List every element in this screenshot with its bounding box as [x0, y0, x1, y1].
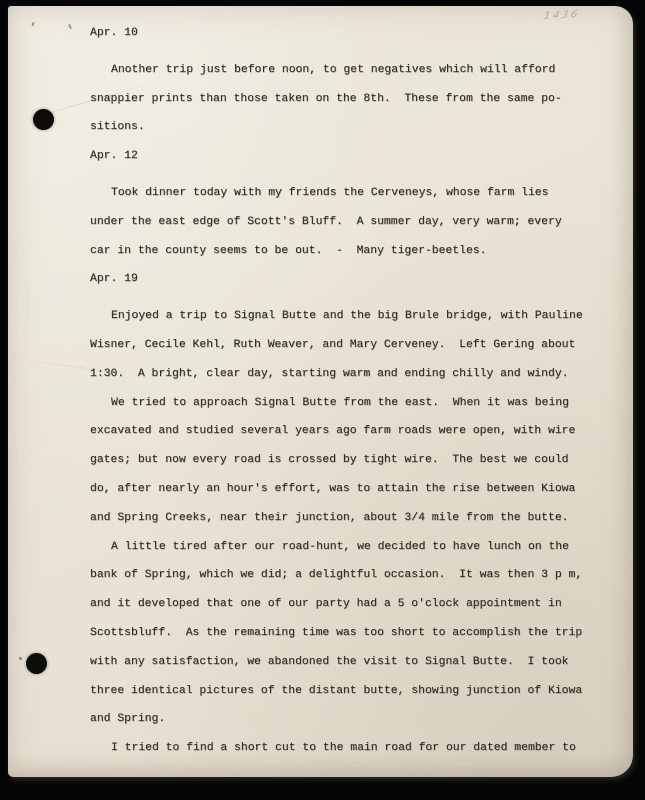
text-line: gates; but now every road is crossed by …: [90, 446, 615, 475]
text-line: and it developed that one of our party h…: [90, 590, 615, 619]
pencil-stray-mark: [68, 24, 72, 29]
text-line: do, after nearly an hour's effort, was t…: [90, 475, 615, 504]
text-line: under the east edge of Scott's Bluff. A …: [90, 208, 615, 237]
text-line: three identical pictures of the distant …: [90, 677, 615, 706]
text-line: Another trip just before noon, to get ne…: [90, 56, 615, 85]
text-line: Wisner, Cecile Kehl, Ruth Weaver, and Ma…: [90, 331, 615, 360]
scan-background: 1436 Apr. 10Another trip just before noo…: [0, 0, 645, 800]
text-line: I tried to find a short cut to the main …: [90, 734, 615, 763]
date-line: Apr. 12: [90, 142, 615, 171]
text-line: sitions.: [90, 113, 615, 142]
text-line: We tried to approach Signal Butte from t…: [90, 389, 615, 418]
document-page: 1436 Apr. 10Another trip just before noo…: [8, 6, 633, 777]
text-line: Enjoyed a trip to Signal Butte and the b…: [90, 302, 615, 331]
punch-hole-bottom: [26, 653, 47, 674]
pencil-stray-mark: [31, 22, 34, 26]
punch-hole-top: [33, 109, 54, 130]
pencil-stray-mark: [19, 657, 22, 660]
text-line: A little tired after our road-hunt, we d…: [90, 533, 615, 562]
text-line: 1:30. A bright, clear day, starting warm…: [90, 360, 615, 389]
text-line: and Spring.: [90, 705, 615, 734]
date-line: Apr. 10: [90, 19, 615, 48]
text-line: and Spring Creeks, near their junction, …: [90, 504, 615, 533]
text-line: bank of Spring, which we did; a delightf…: [90, 561, 615, 590]
date-line: Apr. 19: [90, 265, 615, 294]
text-line: snappier prints than those taken on the …: [90, 85, 615, 114]
text-line: Took dinner today with my friends the Ce…: [90, 179, 615, 208]
text-line: car in the county seems to be out. - Man…: [90, 237, 615, 266]
typewritten-text: Apr. 10Another trip just before noon, to…: [90, 19, 615, 763]
text-line: Scottsbluff. As the remaining time was t…: [90, 619, 615, 648]
text-line: excavated and studied several years ago …: [90, 417, 615, 446]
text-line: with any satisfaction, we abandoned the …: [90, 648, 615, 677]
